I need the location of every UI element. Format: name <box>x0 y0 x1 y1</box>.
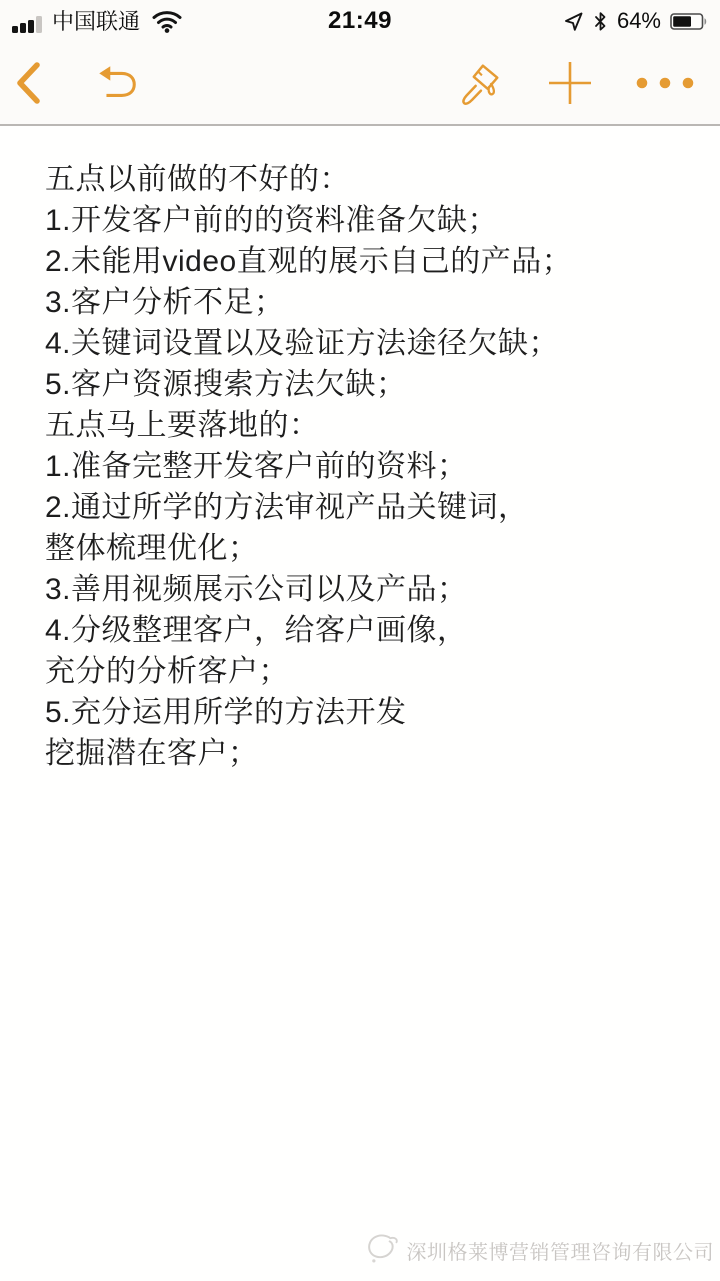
note-line: 2.通过所学的方法审视产品关键词， <box>45 487 692 528</box>
notes-app-screen: 中国联通 21:49 64% <box>0 0 720 1281</box>
note-line: 2.未能用video直观的展示自己的产品； <box>45 241 692 282</box>
notes-toolbar <box>0 42 720 126</box>
toolbar-right-group <box>456 58 694 108</box>
cellular-signal-icon <box>12 15 42 33</box>
wifi-icon <box>152 10 182 33</box>
note-line: 3.善用视频展示公司以及产品； <box>45 569 692 610</box>
back-button[interactable] <box>12 60 44 106</box>
note-line: 5.客户资源搜索方法欠缺； <box>45 364 692 405</box>
note-line: 五点马上要落地的： <box>45 405 692 446</box>
note-line: 1.开发客户前的的资料准备欠缺； <box>45 200 692 241</box>
undo-icon <box>94 62 140 104</box>
status-right-group: 64% <box>563 8 708 34</box>
status-left-group: 中国联通 <box>12 10 182 33</box>
watermark: 深圳格莱博营销管理咨询有限公司 <box>362 1231 715 1269</box>
status-bar: 中国联通 21:49 64% <box>0 0 720 42</box>
ellipsis-icon <box>636 77 694 89</box>
note-line: 挖掘潜在客户； <box>45 733 692 774</box>
undo-button[interactable] <box>94 62 140 104</box>
add-note-button[interactable] <box>546 59 594 107</box>
markup-button[interactable] <box>456 58 504 108</box>
carrier-label: 中国联通 <box>52 11 140 33</box>
note-body[interactable]: 五点以前做的不好的： 1.开发客户前的的资料准备欠缺； 2.未能用video直观… <box>0 128 720 1281</box>
note-line: 充分的分析客户； <box>45 651 692 692</box>
location-arrow-icon <box>563 11 584 32</box>
note-line: 5.充分运用所学的方法开发 <box>45 692 692 733</box>
battery-icon <box>670 13 708 30</box>
bluetooth-icon <box>593 11 608 32</box>
watermark-company-label: 深圳格莱博营销管理咨询有限公司 <box>407 1236 715 1265</box>
note-line: 4.分级整理客户，给客户画像， <box>45 610 692 651</box>
note-line: 五点以前做的不好的： <box>45 159 692 200</box>
markup-brush-icon <box>456 58 504 108</box>
note-line: 4.关键词设置以及验证方法途径欠缺； <box>45 323 692 364</box>
note-line: 3.客户分析不足； <box>45 282 692 323</box>
clock-label: 21:49 <box>328 7 392 35</box>
swirl-logo-icon <box>362 1231 402 1269</box>
more-button[interactable] <box>636 77 694 89</box>
note-line: 整体梳理优化； <box>45 528 692 569</box>
note-line: 1.准备完整开发客户前的资料； <box>45 446 692 487</box>
plus-icon <box>546 59 594 107</box>
battery-percent-label: 64% <box>617 8 661 34</box>
chevron-left-icon <box>12 60 44 106</box>
